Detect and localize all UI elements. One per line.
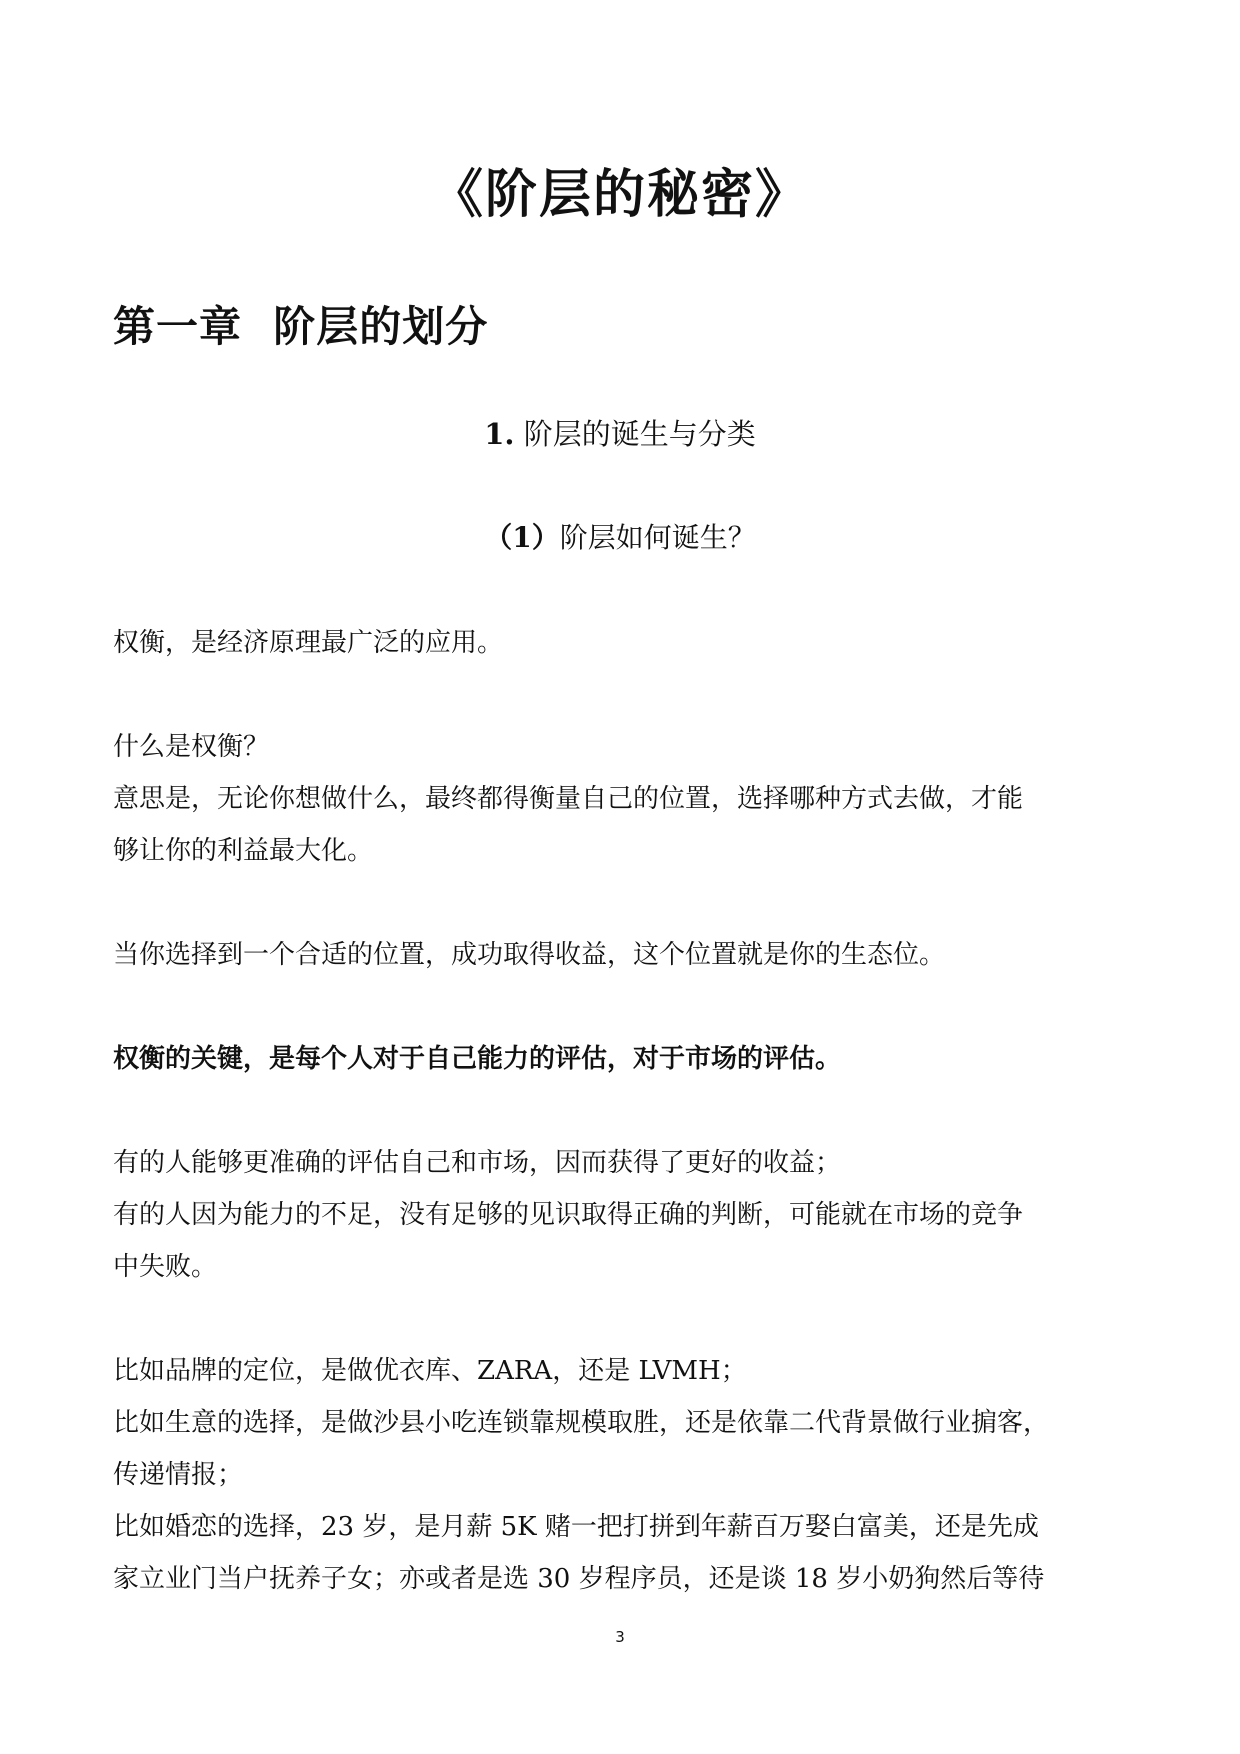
text-line: 意思是，无论你想做什么，最终都得衡量自己的位置，选择哪种方式去做，才能 (113, 773, 1128, 825)
text-line: 什么是权衡？ (113, 721, 1128, 773)
text-line: 有的人能够更准确的评估自己和市场，因而获得了更好的收益； (113, 1137, 1128, 1189)
subsection-heading: （1）阶层如何诞生？ (0, 518, 1240, 558)
text-line: 比如品牌的定位，是做优衣库、ZARA，还是 LVMH； (113, 1345, 1128, 1397)
section-heading: 1. 阶层的诞生与分类 (0, 414, 1240, 454)
text-line: 够让你的利益最大化。 (113, 825, 1128, 877)
subsection-number: （1） (484, 521, 559, 554)
text-line: 传递情报； (113, 1449, 1128, 1501)
text-line: 权衡，是经济原理最广泛的应用。 (113, 617, 1128, 669)
text-line: 当你选择到一个合适的位置，成功取得收益，这个位置就是你的生态位。 (113, 929, 1128, 981)
paragraph: 什么是权衡？ 意思是，无论你想做什么，最终都得衡量自己的位置，选择哪种方式去做，… (113, 721, 1128, 877)
text-line: 权衡的关键，是每个人对于自己能力的评估，对于市场的评估。 (113, 1033, 1128, 1085)
bold-paragraph: 权衡的关键，是每个人对于自己能力的评估，对于市场的评估。 (113, 1033, 1128, 1085)
paragraph: 有的人能够更准确的评估自己和市场，因而获得了更好的收益； 有的人因为能力的不足，… (113, 1137, 1128, 1293)
text-line: 比如生意的选择，是做沙县小吃连锁靠规模取胜，还是依靠二代背景做行业掮客， (113, 1397, 1128, 1449)
text-line: 有的人因为能力的不足，没有足够的见识取得正确的判断，可能就在市场的竞争 (113, 1189, 1128, 1241)
paragraph: 当你选择到一个合适的位置，成功取得收益，这个位置就是你的生态位。 (113, 929, 1128, 981)
section-title: 阶层的诞生与分类 (524, 417, 756, 451)
book-title: 《阶层的秘密》 (0, 160, 1240, 230)
text-line: 家立业门当户抚养子女；亦或者是选 30 岁程序员，还是谈 18 岁小奶狗然后等待 (113, 1553, 1128, 1605)
subsection-title: 阶层如何诞生？ (560, 521, 756, 554)
section-number: 1. (484, 417, 514, 451)
page-number: 3 (0, 1628, 1240, 1646)
paragraph: 比如品牌的定位，是做优衣库、ZARA，还是 LVMH； 比如生意的选择，是做沙县… (113, 1345, 1128, 1605)
chapter-title: 第一章 阶层的划分 (113, 297, 488, 357)
paragraph: 权衡，是经济原理最广泛的应用。 (113, 617, 1128, 669)
text-line: 中失败。 (113, 1241, 1128, 1293)
text-line: 比如婚恋的选择，23 岁，是月薪 5K 赌一把打拼到年薪百万娶白富美，还是先成 (113, 1501, 1128, 1553)
